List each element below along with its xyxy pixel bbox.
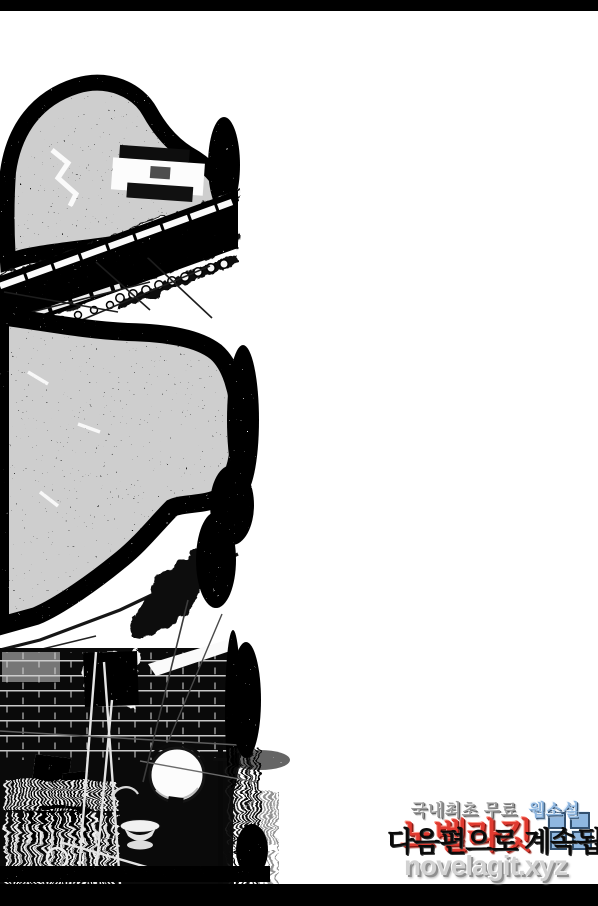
comic-page: 노벨라깃 국내최초 무료 웹소설 다음편으로 계속됩니다 novelagit.x… (0, 0, 598, 906)
illustration (0, 0, 598, 906)
bottom-letterbox-bar (0, 884, 598, 906)
